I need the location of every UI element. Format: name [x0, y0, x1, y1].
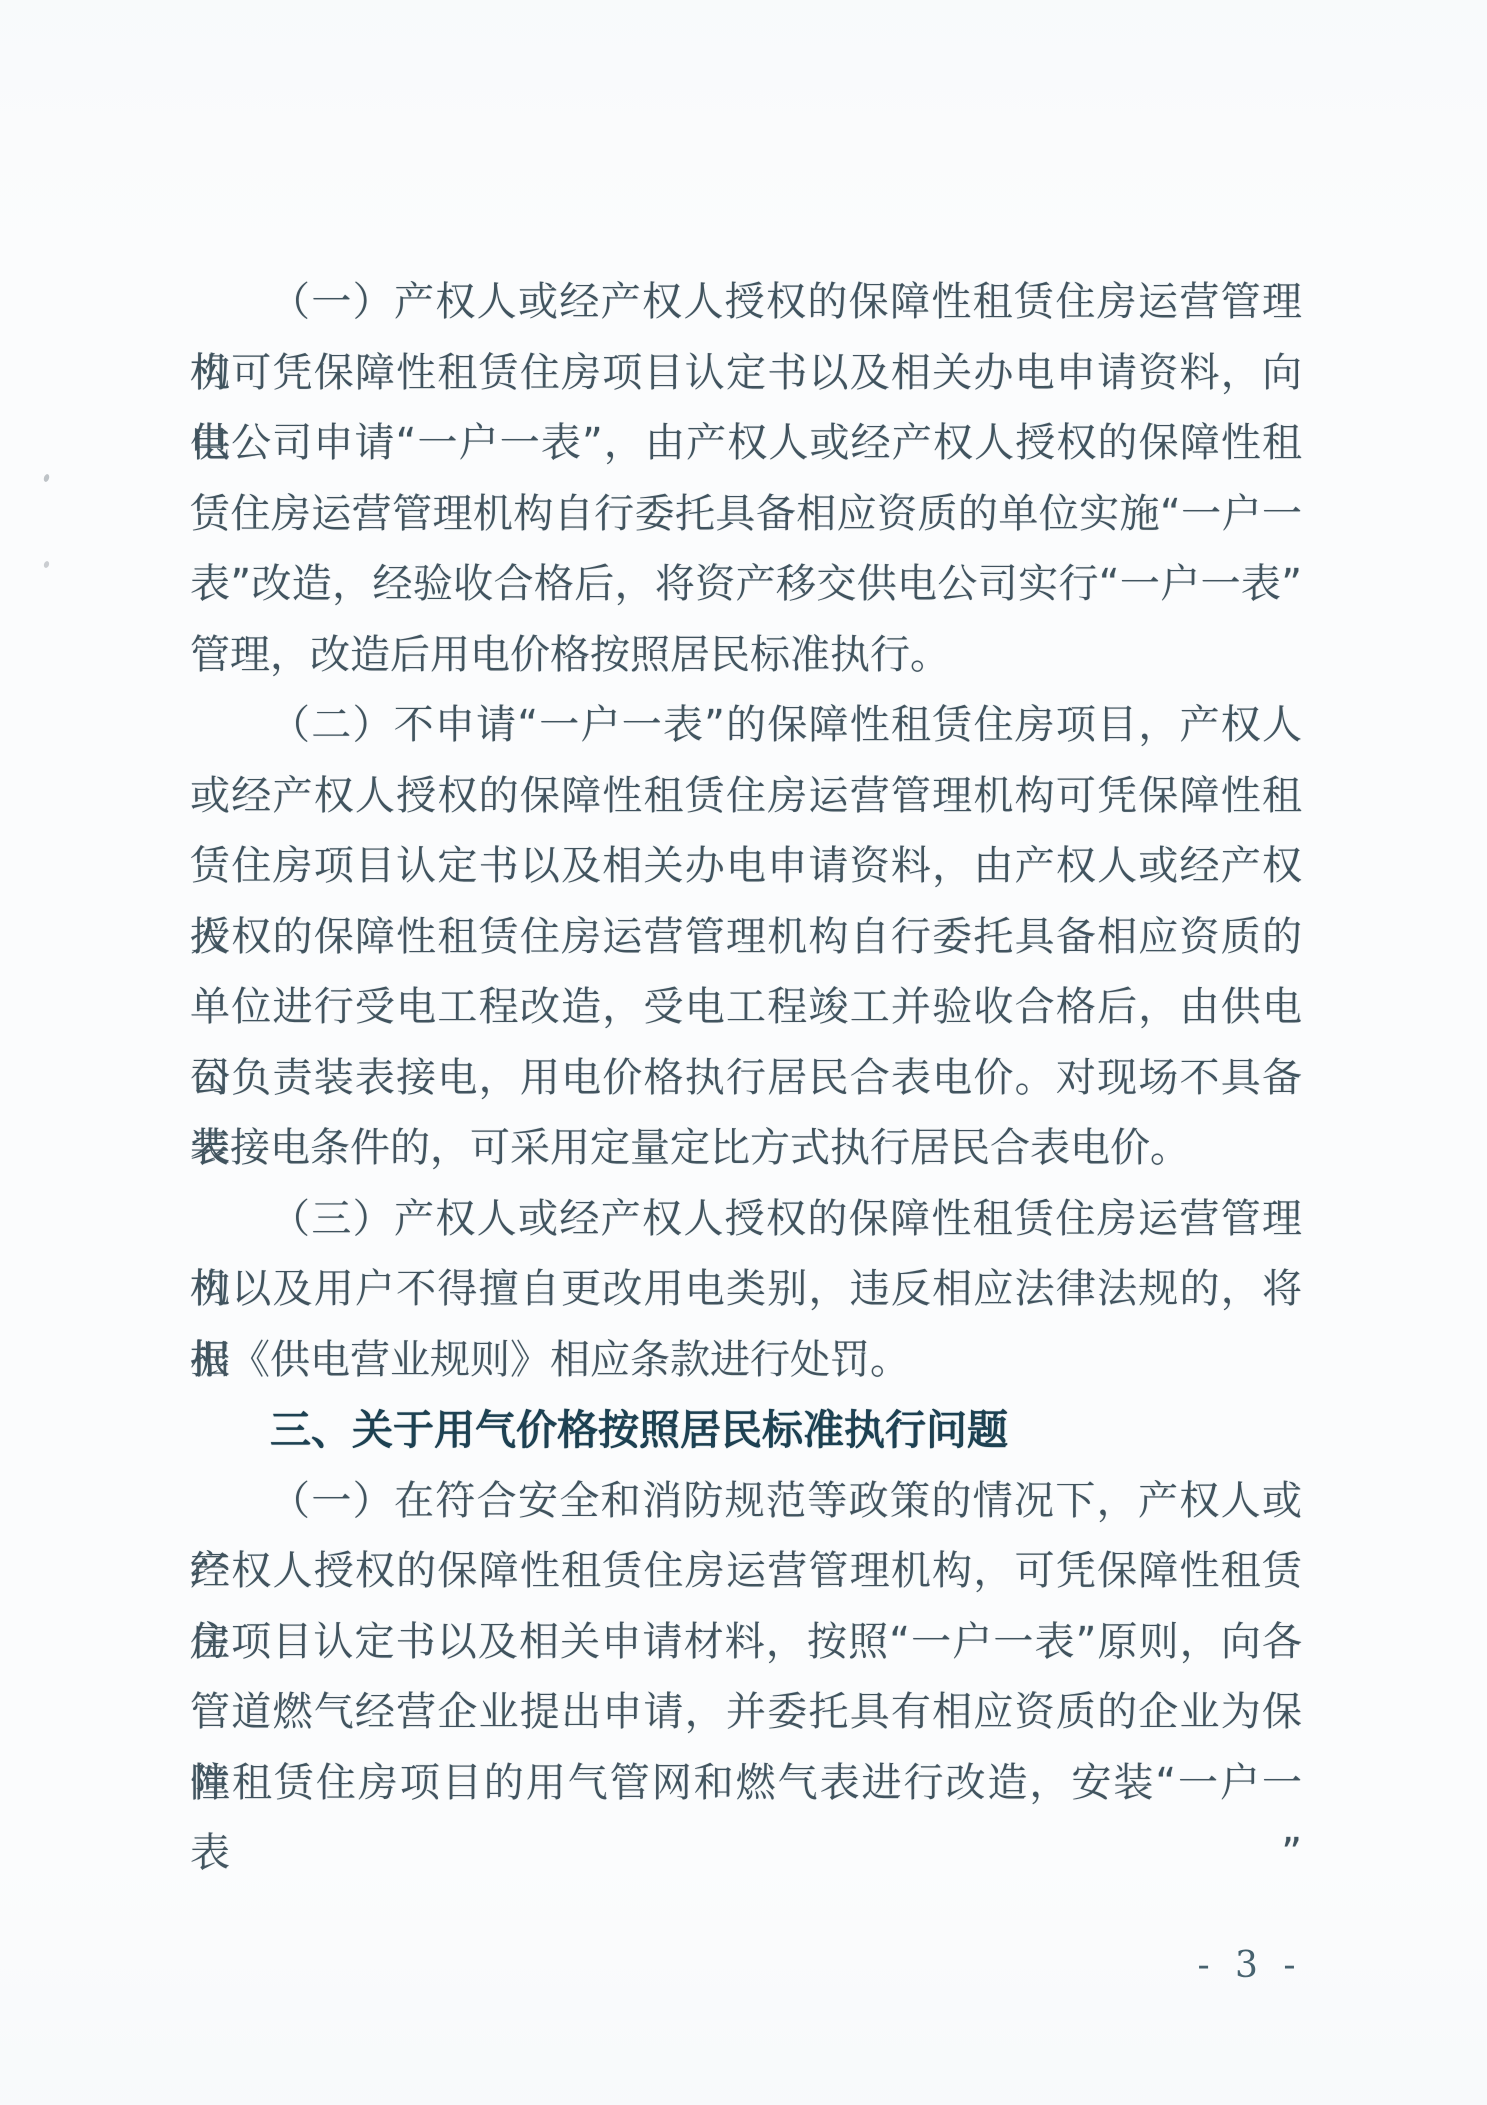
text-line: 管道燃气经营企业提出申请，并委托具有相应资质的企业为保障 — [190, 1677, 1302, 1748]
scan-speck — [43, 560, 50, 568]
text-line: 构可凭保障性租赁住房项目认定书以及相关办电申请资料，向供 — [190, 338, 1302, 409]
text-line: 构以及用户不得擅自更改用电类别，违反相应法律法规的，将根 — [190, 1254, 1302, 1325]
text-line: （二）不申请“一户一表”的保障性租赁住房项目，产权人 — [190, 690, 1302, 761]
page-number: - 3 - — [1180, 1936, 1320, 1996]
document-body: （一）产权人或经产权人授权的保障性租赁住房运营管理机 构可凭保障性租赁住房项目认… — [190, 267, 1302, 1818]
text-line: 电公司申请“一户一表”，由产权人或经产权人授权的保障性租 — [190, 408, 1302, 479]
text-line: （三）产权人或经产权人授权的保障性租赁住房运营管理机 — [190, 1184, 1302, 1255]
text-line: 单位进行受电工程改造，受电工程竣工并验收合格后，由供电公 — [190, 972, 1302, 1043]
text-line: （一）在符合安全和消防规范等政策的情况下，产权人或经 — [190, 1466, 1302, 1537]
text-line: 或经产权人授权的保障性租赁住房运营管理机构可凭保障性租 — [190, 761, 1302, 832]
text-line: 表接电条件的，可采用定量定比方式执行居民合表电价。 — [190, 1113, 1302, 1184]
text-line: 性租赁住房项目的用气管网和燃气表进行改造，安装“一户一表” — [190, 1748, 1302, 1819]
scanned-document-page: （一）产权人或经产权人授权的保障性租赁住房运营管理机 构可凭保障性租赁住房项目认… — [0, 0, 1487, 2105]
text-line: 表”改造，经验收合格后，将资产移交供电公司实行“一户一表” — [190, 549, 1302, 620]
text-line: 产权人授权的保障性租赁住房运营管理机构，可凭保障性租赁住 — [190, 1536, 1302, 1607]
text-line: 授权的保障性租赁住房运营管理机构自行委托具备相应资质的 — [190, 902, 1302, 973]
text-line: 赁住房项目认定书以及相关办电申请资料，由产权人或经产权人 — [190, 831, 1302, 902]
text-line: 据《供电营业规则》相应条款进行处罚。 — [190, 1325, 1302, 1396]
scan-speck — [43, 473, 50, 482]
text-line: 司负责装表接电，用电价格执行居民合表电价。对现场不具备装 — [190, 1043, 1302, 1114]
text-line: （一）产权人或经产权人授权的保障性租赁住房运营管理机 — [190, 267, 1302, 338]
section-heading: 三、关于用气价格按照居民标准执行问题 — [190, 1395, 1302, 1466]
text-line: 赁住房运营管理机构自行委托具备相应资质的单位实施“一户一 — [190, 479, 1302, 550]
text-line: 管理，改造后用电价格按照居民标准执行。 — [190, 620, 1302, 691]
text-line: 房项目认定书以及相关申请材料，按照“一户一表”原则，向各 — [190, 1607, 1302, 1678]
